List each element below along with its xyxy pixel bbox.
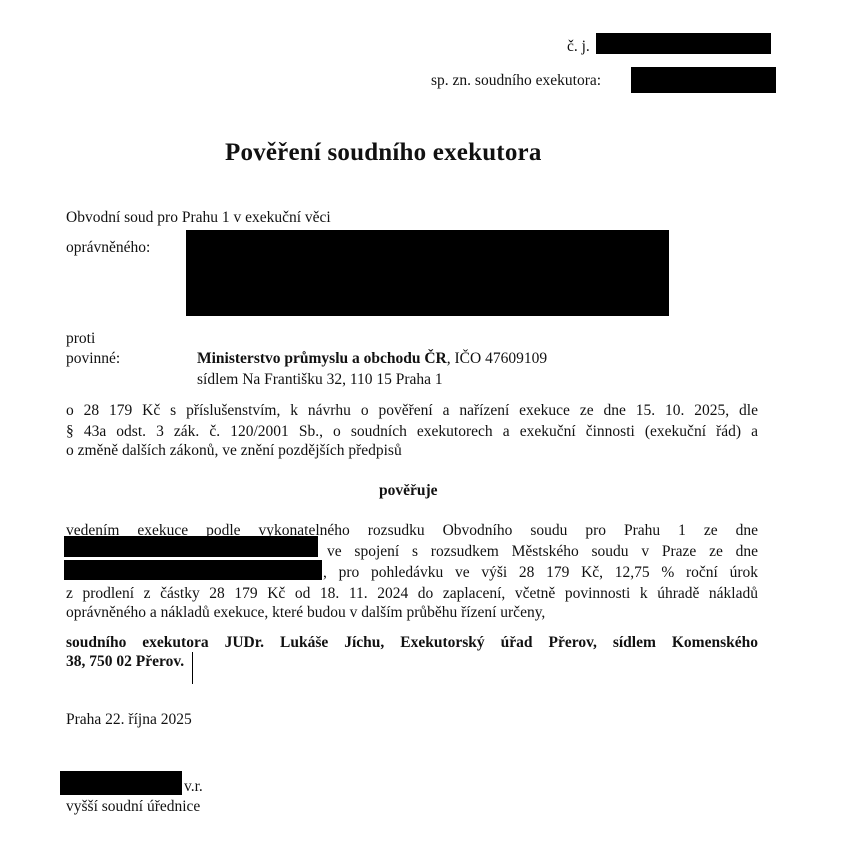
claim-line-2: § 43a odst. 3 zák. č. 120/2001 Sb., o so… [66, 421, 758, 442]
debtor-label: povinné: [66, 350, 120, 368]
executor-line-2: 38, 750 02 Přerov. [66, 653, 184, 671]
redacted-judgment-date-2 [64, 560, 322, 580]
court-line: Obvodní soud pro Prahu 1 v exekuční věci [66, 209, 331, 227]
against-label: proti [66, 330, 95, 348]
redacted-case-number [596, 33, 771, 54]
claim-line-1: o 28 179 Kč s příslušenstvím, k návrhu o… [66, 400, 758, 421]
redacted-judgment-date-1 [64, 536, 318, 557]
creditor-label: oprávněného: [66, 239, 150, 257]
case-number-label: č. j. [567, 38, 590, 56]
debtor-ico: , IČO 47609109 [447, 350, 547, 367]
redacted-file-ref [631, 67, 776, 93]
signature-suffix: v.r. [184, 778, 203, 796]
execution-line-2: ve spojení s rozsudkem Městského soudu v… [327, 541, 758, 562]
debtor-name: Ministerstvo průmyslu a obchodu ČR [197, 350, 447, 367]
executor-line-1: soudního exekutora JUDr. Lukáše Jíchu, E… [66, 632, 758, 653]
claim-line-3: o změně dalších zákonů, ve znění pozdějš… [66, 442, 402, 460]
signatory-title: vyšší soudní úřednice [66, 798, 200, 816]
decision-verb: pověřuje [379, 482, 438, 500]
debtor-identity: Ministerstvo průmyslu a obchodu ČR, IČO … [197, 350, 547, 368]
execution-line-4: z prodlení z částky 28 179 Kč od 18. 11.… [66, 583, 758, 604]
debtor-address: sídlem Na Františku 32, 110 15 Praha 1 [197, 371, 443, 389]
place-date: Praha 22. října 2025 [66, 711, 192, 729]
redacted-signatory-name [60, 771, 182, 795]
document-title: Pověření soudního exekutora [225, 139, 542, 167]
redacted-creditor [186, 230, 669, 316]
execution-line-3: , pro pohledávku ve výši 28 179 Kč, 12,7… [323, 562, 758, 583]
text-cursor [192, 652, 193, 684]
execution-line-5: oprávněného a nákladů exekuce, které bud… [66, 604, 545, 622]
file-ref-label: sp. zn. soudního exekutora: [431, 72, 601, 90]
